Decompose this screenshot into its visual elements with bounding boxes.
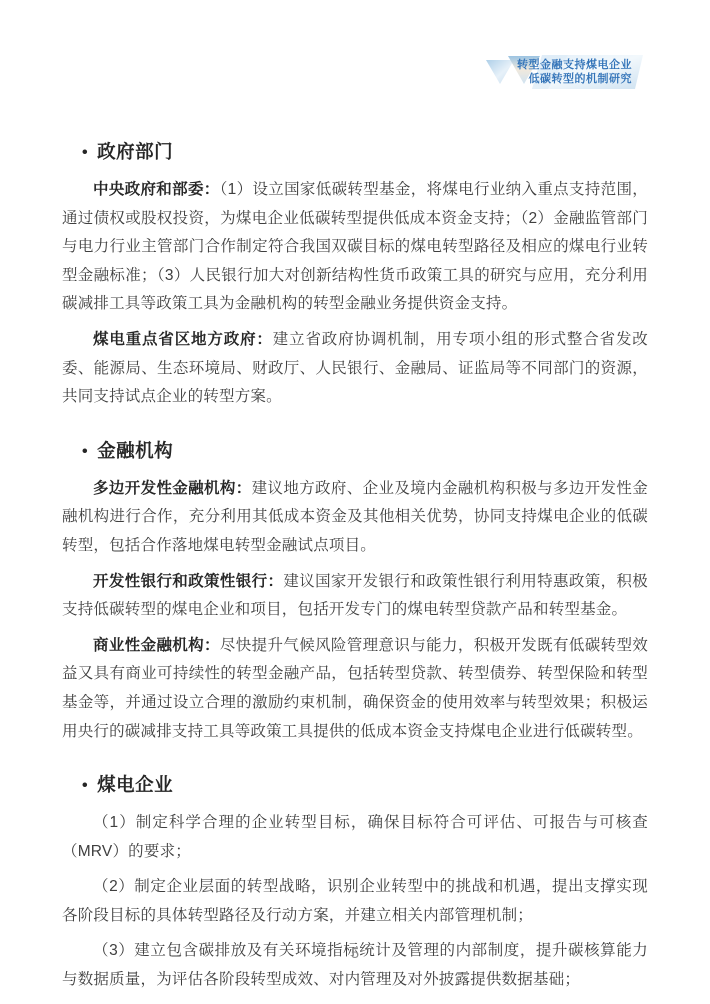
paragraph-lead: 商业性金融机构：: [93, 637, 220, 654]
section-heading-label: 政府部门: [97, 141, 173, 162]
paragraph-text: （2）制定企业层面的转型战略，识别企业转型中的挑战和机遇，提出支撑实现各阶段目标…: [62, 878, 648, 924]
report-page: 转型金融支持煤电企业 低碳转型的机制研究 •政府部门 中央政府和部委：（1）设立…: [0, 0, 710, 1004]
paragraph-item-1: （1）制定科学合理的企业转型目标，确保目标符合可评估、可报告与可核查（MRV）的…: [62, 809, 648, 866]
section-heading-financial: •金融机构: [62, 437, 648, 463]
page-header: 转型金融支持煤电企业 低碳转型的机制研究: [0, 0, 710, 91]
paragraph-item-2: （2）制定企业层面的转型战略，识别企业转型中的挑战和机遇，提出支撑实现各阶段目标…: [62, 873, 648, 930]
section-financial-institutions: •金融机构 多边开发性金融机构：建议地方政府、企业及境内金融机构积极与多边开发性…: [62, 437, 648, 746]
paragraph-local-government: 煤电重点省区地方政府：建立省政府协调机制，用专项小组的形式整合省发改委、能源局、…: [62, 326, 648, 412]
section-heading-label: 金融机构: [97, 440, 173, 461]
paragraph-lead: 多边开发性金融机构：: [93, 480, 252, 497]
paragraph-text: （1）设立国家低碳转型基金，将煤电行业纳入重点支持范围，通过债权或股权投资，为煤…: [62, 181, 648, 312]
section-government: •政府部门 中央政府和部委：（1）设立国家低碳转型基金，将煤电行业纳入重点支持范…: [62, 138, 648, 412]
bullet-icon: •: [82, 443, 88, 461]
paragraph-lead: 开发性银行和政策性银行：: [93, 573, 283, 590]
paragraph-central-government: 中央政府和部委：（1）设立国家低碳转型基金，将煤电行业纳入重点支持范围，通过债权…: [62, 176, 648, 319]
paragraph-lead: 中央政府和部委：: [93, 181, 220, 198]
paragraph-text: （1）制定科学合理的企业转型目标，确保目标符合可评估、可报告与可核查（MRV）的…: [62, 814, 648, 860]
section-heading-enterprises: •煤电企业: [62, 771, 648, 797]
paragraph-commercial-institutions: 商业性金融机构：尽快提升气候风险管理意识与能力，积极开发既有低碳转型效益又具有商…: [62, 632, 648, 746]
paragraph-policy-banks: 开发性银行和政策性银行：建议国家开发银行和政策性银行利用特惠政策，积极支持低碳转…: [62, 568, 648, 625]
logo-title-line1: 转型金融支持煤电企业: [517, 58, 632, 72]
logo-title: 转型金融支持煤电企业 低碳转型的机制研究: [517, 58, 632, 86]
page-number: 5: [351, 946, 359, 962]
paragraph-lead: 煤电重点省区地方政府：: [93, 331, 273, 348]
section-heading-label: 煤电企业: [97, 774, 173, 795]
bullet-icon: •: [82, 777, 88, 795]
bullet-icon: •: [82, 144, 88, 162]
paragraph-multilateral-banks: 多边开发性金融机构：建议地方政府、企业及境内金融机构积极与多边开发性金融机构进行…: [62, 475, 648, 561]
page-content: •政府部门 中央政府和部委：（1）设立国家低碳转型基金，将煤电行业纳入重点支持范…: [0, 91, 710, 995]
logo-title-line2: 低碳转型的机制研究: [517, 72, 632, 86]
page-footer: 5: [0, 946, 710, 962]
section-heading-government: •政府部门: [62, 138, 648, 164]
report-logo: 转型金融支持煤电企业 低碳转型的机制研究: [485, 55, 643, 91]
